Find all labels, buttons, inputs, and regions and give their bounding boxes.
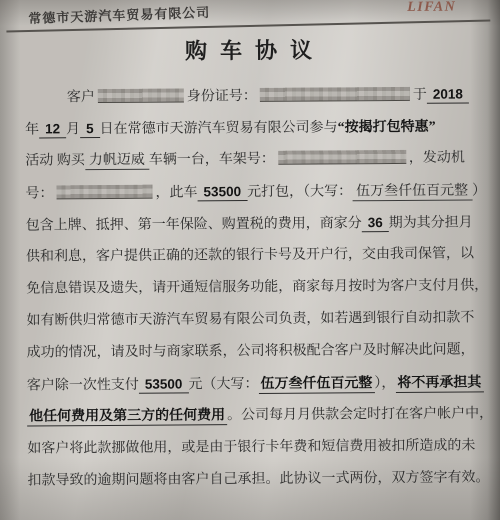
contract-text: 身份证号： xyxy=(187,89,257,104)
contract-line-11: 他任何费用及第三方的任何费用。公司每月月供款会定时打在客户帐户中， xyxy=(27,398,487,433)
contract-text: 号： xyxy=(25,186,53,201)
contract-line-9: 成功的情况，请及时与商家联系，公司将积极配合客户及时解决此问题， xyxy=(27,334,487,369)
redacted-engine-number xyxy=(56,185,152,200)
contract-text: 伍万叁仟伍百元整 xyxy=(352,183,472,201)
contract-text: 年 xyxy=(25,122,39,137)
document-photo: 常德市天游汽车贸易有限公司 LIFAN 购车协议 客户身份证号：于2018年12… xyxy=(0,0,500,520)
contract-body: 客户身份证号：于2018年12月5日在常德市天游汽车贸易有限公司参与“按揭打包特… xyxy=(25,78,488,497)
redacted-id-number xyxy=(260,87,410,102)
redacted-vin xyxy=(278,150,406,165)
contract-text: 伍万叁仟伍百元整 xyxy=(258,376,374,394)
company-name: 常德市天游汽车贸易有限公司 xyxy=(28,2,211,27)
contract-line-5: 包含上牌、抵押、第一年保险、购置税的费用，商家分36期为其分担月 xyxy=(26,206,486,241)
contract-text: 免信息错误及遗失，请开通短信服务功能，商家每月按时为客户支付月供， xyxy=(26,278,488,296)
contract-text: 扣款导致的逾期问题将由客户自己承担。此协议一式两份，双方签字有效。 xyxy=(27,470,489,488)
contract-text: 日在常德市天游汽车贸易有限公司参与 xyxy=(100,120,338,137)
contract-text: 12 xyxy=(39,121,66,138)
contract-text: ） xyxy=(472,183,486,198)
document-title: 购车协议 xyxy=(0,32,499,66)
contract-text: 成功的情况，请及时与商家联系，公司将积极配合客户及时解决此问题， xyxy=(27,342,475,360)
contract-line-7: 免信息错误及遗失，请开通短信服务功能，商家每月按时为客户支付月供， xyxy=(26,270,486,305)
contract-text: 如有断供归常德市天游汽车贸易有限公司负责，如若遇到银行自动扣款不 xyxy=(26,310,474,328)
contract-text: 车辆一台，车架号： xyxy=(149,152,275,168)
contract-line-8: 如有断供归常德市天游汽车贸易有限公司负责，如若遇到银行自动扣款不 xyxy=(26,302,486,337)
contract-text: 力帆迈威 xyxy=(85,153,149,170)
contract-text: ，发动机 xyxy=(409,150,465,165)
contract-text: 如客户将此款挪做他用，或是由于银行卡年费和短信费用被扣所造成的未 xyxy=(27,438,475,456)
contract-text: 36 xyxy=(362,215,389,232)
contract-text: ，此车 xyxy=(155,185,197,200)
contract-line-1: 客户身份证号：于2018 xyxy=(25,78,485,113)
contract-text: 供和利息，客户提供正确的还款的银行卡号及开户行，交由我司保管，以 xyxy=(26,246,474,264)
contract-text: 他任何费用及第三方的任何费用 xyxy=(27,408,227,426)
contract-text: “按揭打包特惠” xyxy=(338,120,436,136)
contract-text: 客户 xyxy=(67,90,95,105)
contract-text: ）， xyxy=(374,376,395,391)
contract-text: 月 xyxy=(66,122,80,137)
contract-text: 。公司每月月供款会定时打在客户帐户中， xyxy=(227,406,493,423)
redacted-customer-name xyxy=(98,88,184,103)
contract-text: 于 xyxy=(413,88,427,103)
lifan-brand-logo: LIFAN xyxy=(407,0,456,16)
contract-text: 期为其分担月 xyxy=(389,215,473,231)
contract-line-12: 如客户将此款挪做他用，或是由于银行卡年费和短信费用被扣所造成的未 xyxy=(27,430,487,465)
contract-text: 客户除一次性支付 xyxy=(27,378,139,394)
contract-line-4: 号：，此车53500元打包，（大写：伍万叁仟伍百元整） xyxy=(25,174,485,209)
contract-line-6: 供和利息，客户提供正确的还款的银行卡号及开户行，交由我司保管，以 xyxy=(26,238,486,273)
contract-text: 2018 xyxy=(427,86,469,103)
contract-line-10: 客户除一次性支付53500元（大写：伍万叁仟伍百元整），将不再承担其 xyxy=(27,366,487,401)
contract-line-13: 扣款导致的逾期问题将由客户自己承担。此协议一式两份，双方签字有效。 xyxy=(27,462,487,497)
contract-text: 活动 购买 xyxy=(25,153,85,168)
contract-text: 5 xyxy=(80,121,100,138)
contract-paper: 常德市天游汽车贸易有限公司 LIFAN 购车协议 客户身份证号：于2018年12… xyxy=(0,0,500,520)
contract-text: 包含上牌、抵押、第一年保险、购置税的费用，商家分 xyxy=(26,216,362,233)
contract-text: 元打包，（大写： xyxy=(247,184,352,200)
contract-text: 将不再承担其 xyxy=(395,375,483,393)
contract-text: 53500 xyxy=(139,376,189,393)
contract-line-2: 年12月5日在常德市天游汽车贸易有限公司参与“按揭打包特惠” xyxy=(25,110,485,145)
contract-text: 53500 xyxy=(197,184,247,201)
contract-text: 元（大写： xyxy=(188,377,258,392)
contract-line-3: 活动 购买力帆迈威车辆一台，车架号：，发动机 xyxy=(25,142,485,177)
